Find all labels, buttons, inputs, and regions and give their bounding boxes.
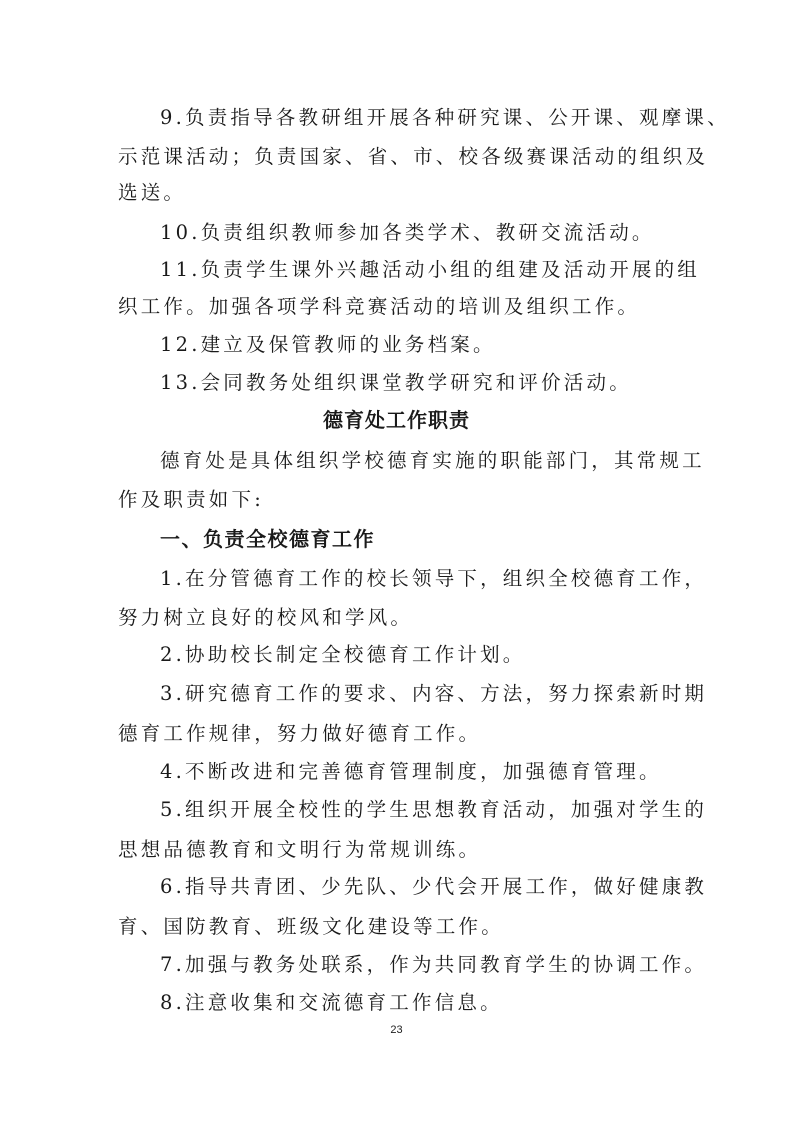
list-item-line: 思想品德教育和文明行为常规训练。 xyxy=(118,837,481,863)
list-item-line: 7.加强与教务处联系，作为共同教育学生的协调工作。 xyxy=(160,952,707,978)
paragraph-line: 10.负责组织教师参加各类学术、教研交流活动。 xyxy=(160,220,655,246)
list-item-line: 8.注意收集和交流德育工作信息。 xyxy=(160,990,503,1016)
paragraph-line: 13.会同教务处组织课堂教学研究和评价活动。 xyxy=(160,370,632,396)
paragraph-line: 9.负责指导各教研组开展各种研究课、公开课、观摩课、 xyxy=(160,105,730,131)
list-item-line: 1.在分管德育工作的校长领导下，组织全校德育工作， xyxy=(160,566,707,592)
list-item-line: 3.研究德育工作的要求、内容、方法，努力探索新时期 xyxy=(160,681,707,707)
paragraph-line: 11.负责学生课外兴趣活动小组的组建及活动开展的组 xyxy=(160,257,700,283)
list-item-line: 育、国防教育、班级文化建设等工作。 xyxy=(118,914,504,940)
subheading: 一、负责全校德育工作 xyxy=(160,526,375,552)
paragraph-line: 示范课活动；负责国家、省、市、校各级赛课活动的组织及 xyxy=(118,144,708,170)
page-number: 23 xyxy=(0,1024,793,1036)
list-item-line: 4.不断改进和完善德育管理制度，加强德育管理。 xyxy=(160,759,662,785)
list-item-line: 德育工作规律，努力做好德育工作。 xyxy=(118,721,481,747)
paragraph-line: 12.建立及保管教师的业务档案。 xyxy=(160,332,496,358)
paragraph-line: 织工作。加强各项学科竞赛活动的培训及组织工作。 xyxy=(118,294,640,320)
list-item-line: 6.指导共青团、少先队、少代会开展工作，做好健康教 xyxy=(160,874,707,900)
intro-line: 德育处是具体组织学校德育实施的职能部门，其常规工 xyxy=(160,448,705,474)
list-item-line: 5.组织开展全校性的学生思想教育活动，加强对学生的 xyxy=(160,797,707,823)
list-item-line: 努力树立良好的校风和学风。 xyxy=(118,605,413,631)
section-title: 德育处工作职责 xyxy=(0,407,793,433)
list-item-line: 2.协助校长制定全校德育工作计划。 xyxy=(160,642,526,668)
intro-line: 作及职责如下: xyxy=(118,487,264,513)
paragraph-line: 选送。 xyxy=(118,180,186,206)
